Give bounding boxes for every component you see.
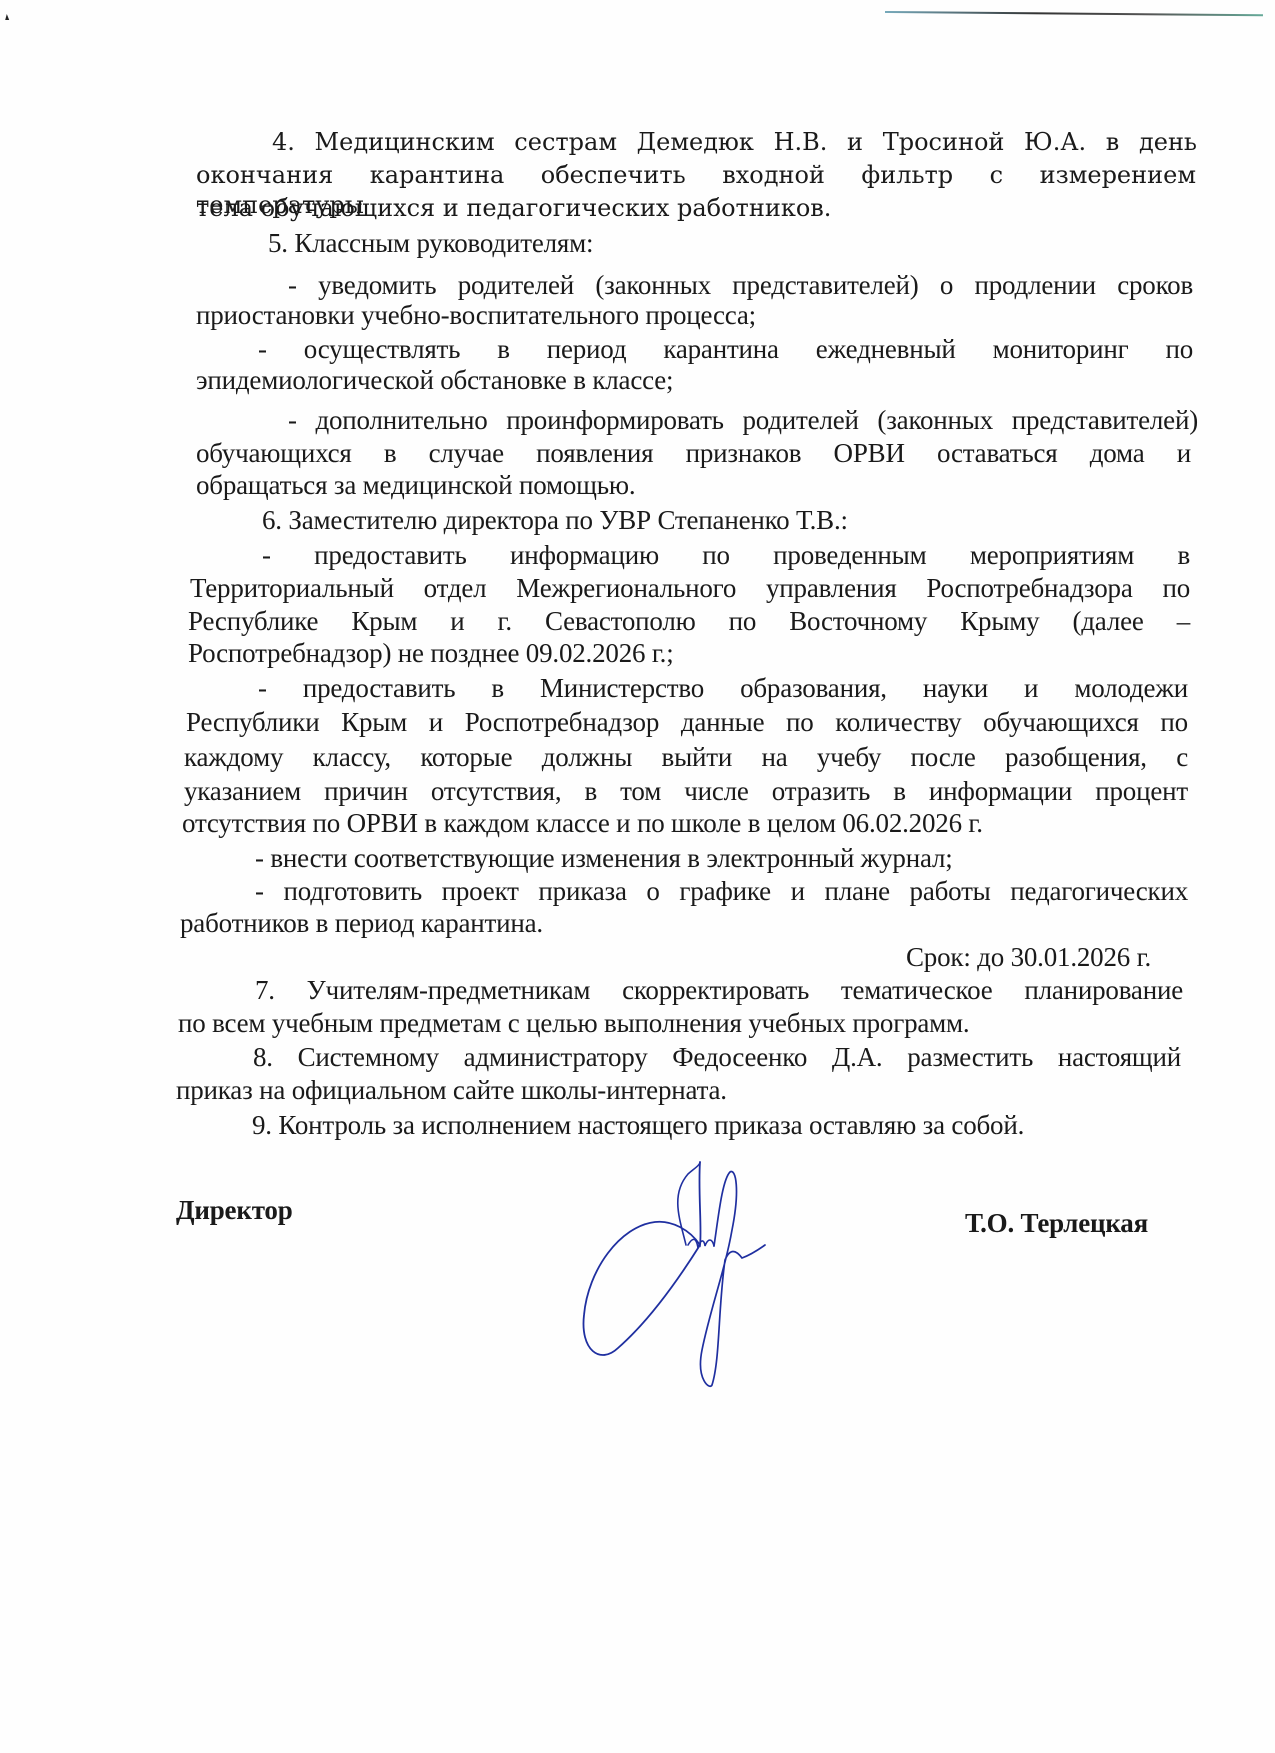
p7-line-1: 7. Учителям-предметникам скорректировать…	[255, 975, 1183, 1005]
p6a-line-3: Республике Крым и г. Севастополю по Вост…	[188, 606, 1190, 636]
signatory-name: Т.О. Терлецкая	[965, 1208, 1148, 1238]
p5a-line-2: приостановки учебно-воспитательного проц…	[196, 300, 756, 330]
p5b-line-1: - осуществлять в период карантина ежедне…	[258, 334, 1193, 364]
p5b-line-2: эпидемиологической обстановке в классе;	[196, 365, 673, 395]
deadline-text: Срок: до 30.01.2026 г.	[906, 942, 1151, 972]
p5a-line-1: - уведомить родителей (законных представ…	[288, 270, 1193, 300]
p6a-line-4: Роспотребнадзор) не позднее 09.02.2026 г…	[188, 638, 674, 668]
p4-line-3: тела обучающихся и педагогических работн…	[196, 193, 831, 223]
p6b-line-3: каждому классу, которые должны выйти на …	[184, 742, 1188, 772]
p7-line-2: по всем учебным предметам с целью выполн…	[178, 1008, 969, 1038]
p6d-line-1: - подготовить проект приказа о графике и…	[255, 876, 1188, 906]
handwritten-signature-icon	[560, 1150, 790, 1400]
p6d-line-2: работников в период карантина.	[180, 908, 543, 938]
p6b-line-2: Республики Крым и Роспотребнадзор данные…	[186, 707, 1188, 737]
p6a-line-1: - предоставить информацию по проведенным…	[262, 540, 1190, 570]
p6b-line-1: - предоставить в Министерство образовани…	[258, 673, 1188, 703]
signatory-position: Директор	[176, 1195, 293, 1225]
p5-heading: 5. Классным руководителям:	[268, 228, 593, 258]
p5c-line-3: обращаться за медицинской помощью.	[196, 470, 635, 500]
p6b-line-4: указанием причин отсутствия, в том числе…	[184, 776, 1188, 806]
p6c-line-1: - внести соответствующие изменения в эле…	[255, 843, 953, 873]
p5c-line-2: обучающихся в случае появления признаков…	[196, 438, 1191, 468]
document-page: 4. Медицинским сестрам Демедюк Н.В. и Тр…	[0, 0, 1275, 1753]
p6b-line-5: отсутствия по ОРВИ в каждом классе и по …	[182, 808, 983, 838]
p6a-line-2: Территориальный отдел Межрегионального у…	[190, 573, 1190, 603]
scan-artifact-mark	[5, 14, 11, 20]
p9-line-1: 9. Контроль за исполнением настоящего пр…	[252, 1110, 1024, 1140]
p5c-line-1: - дополнительно проинформировать родител…	[288, 405, 1198, 435]
p4-line-1: 4. Медицинским сестрам Демедюк Н.В. и Тр…	[272, 127, 1197, 157]
p8-line-1: 8. Системному администратору Федосеенко …	[253, 1042, 1181, 1072]
p6-heading: 6. Заместителю директора по УВР Степанен…	[262, 505, 848, 535]
p8-line-2: приказ на официальном сайте школы-интерн…	[176, 1075, 727, 1105]
scan-artifact-line	[885, 11, 1263, 16]
